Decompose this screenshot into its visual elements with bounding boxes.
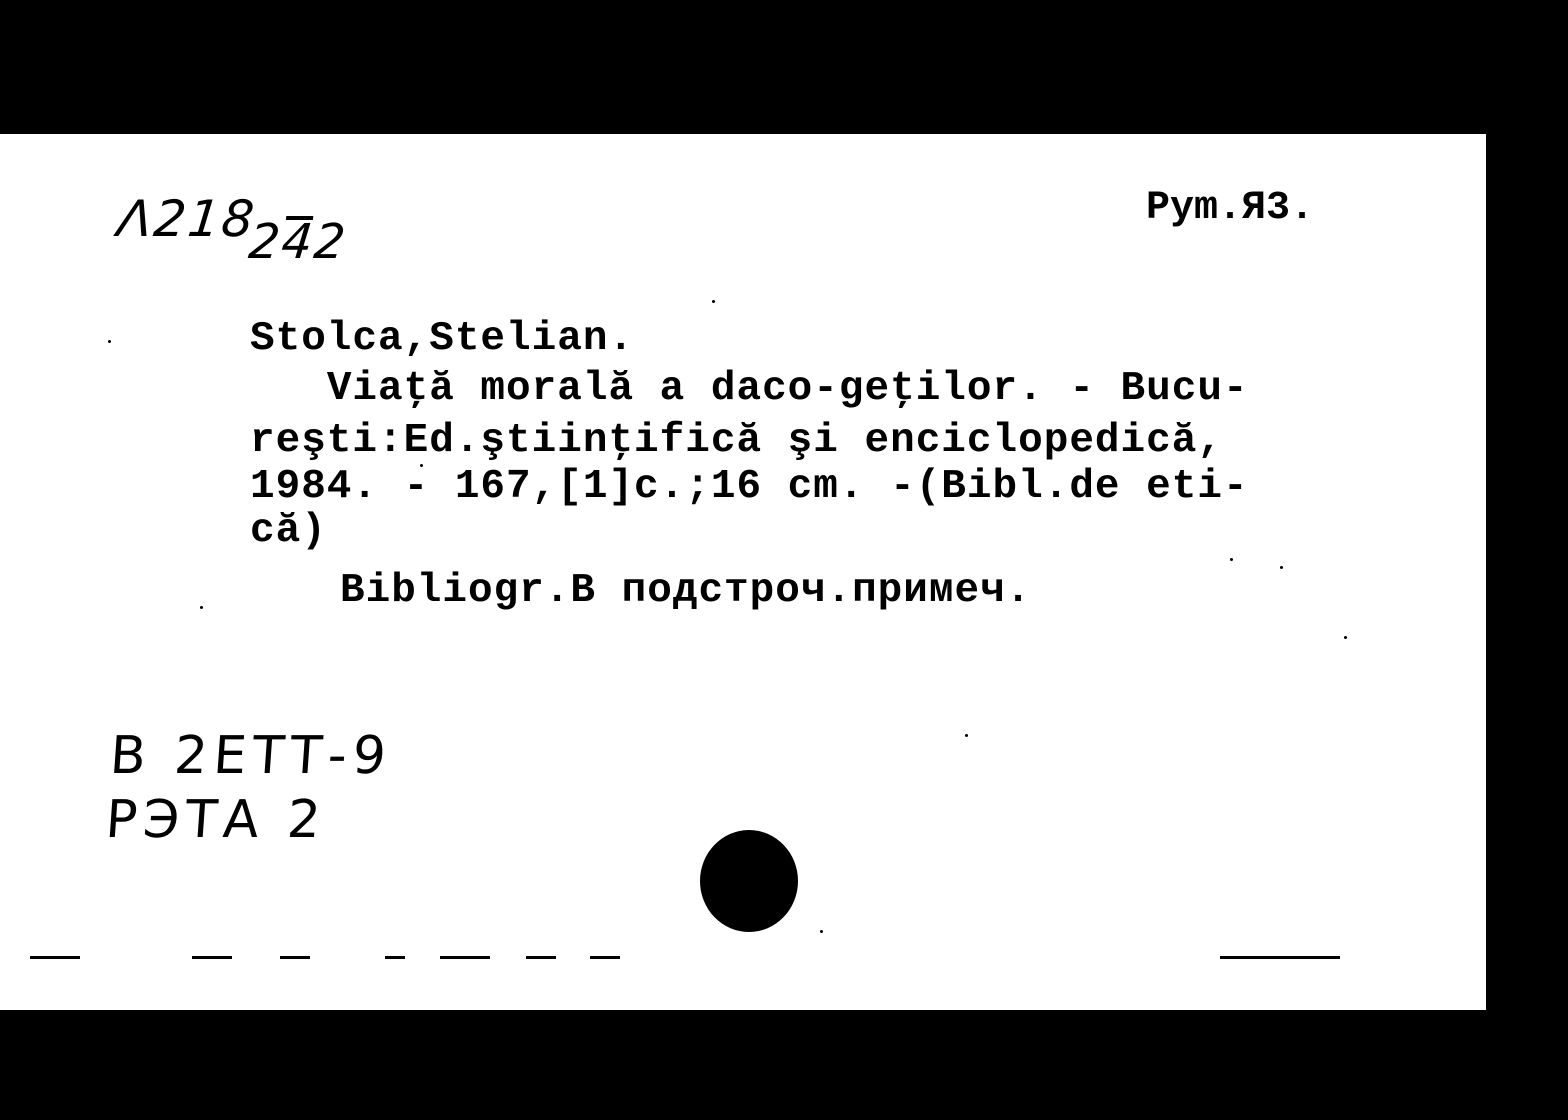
speck [712,300,715,303]
speck [200,606,203,609]
shelf-mark-sub: 242 [246,214,350,270]
imprint-line-2: reşti:Ed.ştiinţifică şi enciclopedică, [250,418,1223,464]
speck [1344,636,1347,639]
bottom-edge-marks [0,956,1486,976]
bibliography-note: Bibliogr.В подстроч.примеч. [340,568,1031,614]
imprint-line-3: 1984. - 167,[1]c.;16 cm. -(Bibl.de eti- [250,464,1249,510]
classification-code-2: РЭТА 2 [104,788,390,852]
imprint-line-4: că) [250,508,327,554]
shelf-mark: Λ218242 [115,190,356,248]
author-heading: Stolca,Stelian. [250,316,634,362]
speck [965,734,968,737]
classification-codes: В 2ЕТТ-9РЭТА 2 [104,724,394,852]
speck [820,930,823,933]
catalog-card: Λ218242 Pym.Я3. Stolca,Stelian. Viaţă mo… [0,134,1486,1010]
classification-code-1: В 2ЕТТ-9 [108,724,394,788]
title-text: Viaţă morală a daco-geţilor. - Bucu- [327,366,1249,412]
speck [420,464,423,467]
speck [1280,566,1283,569]
title-line-1: Viaţă morală a daco-geţilor. - Bucu- [250,366,1249,412]
shelf-mark-sub-overlined: 4 [279,214,317,270]
shelf-mark-sub-last: 2 [311,214,349,270]
count-label: Pym.Я3. [1146,186,1314,232]
speck [108,340,111,343]
speck [1230,558,1233,561]
punch-hole [700,830,798,932]
shelf-mark-main: Λ218 [115,190,259,248]
